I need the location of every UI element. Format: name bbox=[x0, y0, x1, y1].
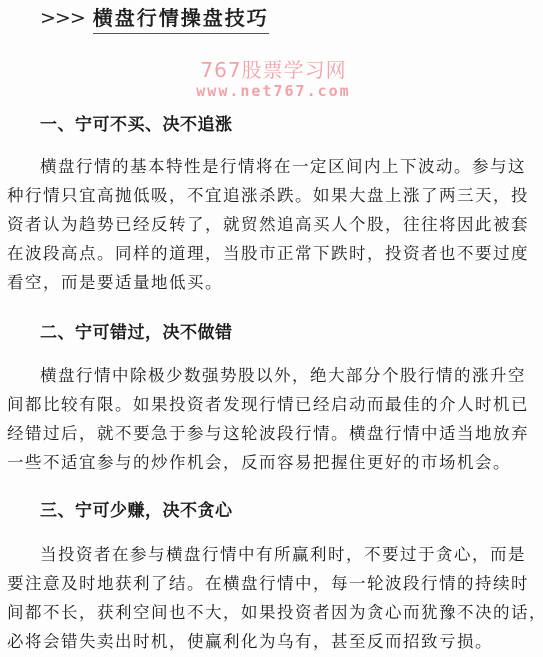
page-title: 横盘行情操盘技巧 bbox=[93, 2, 269, 34]
section-heading-3: 三、宁可少赚，决不贪心 bbox=[40, 496, 233, 521]
section-paragraph-1: 横盘行情的基本特性是行情将在一定区间内上下波动。参与这 种行情只宜高抛低吸，不宜… bbox=[7, 152, 537, 297]
paragraph-line: 间都比较有限。如果投资者发现行情已经启动而最佳的介人时机已 bbox=[7, 390, 537, 419]
paragraph-line: 要注意及时地获利了结。在横盘行情中，每一轮波段行情的持续时 bbox=[7, 569, 537, 598]
paragraph-line: 一些不适宜参与的炒作机会，反而容易把握住更好的市场机会。 bbox=[7, 448, 537, 477]
section-heading-2: 二、宁可错过，决不做错 bbox=[40, 318, 233, 343]
title-row: >>> 横盘行情操盘技巧 bbox=[40, 4, 269, 32]
paragraph-line: 在波段高点。同样的道理，当股市正常下跌时，投资者也不要过度 bbox=[7, 239, 537, 268]
paragraph-line: 经错过后，就不要急于参与这轮波段行情。横盘行情中适当地放弃 bbox=[7, 419, 537, 448]
paragraph-line: 必将会错失卖出时机，使赢利化为乌有，甚至反而招致亏损。 bbox=[7, 627, 537, 656]
paragraph-line: 横盘行情中除极少数强势股以外，绝大部分个股行情的涨升空 bbox=[7, 361, 537, 390]
document-page: >>> 横盘行情操盘技巧 767股票学习网 www.net767.com 一、宁… bbox=[0, 0, 543, 657]
paragraph-line: 资者认为趋势已经反转了，就贸然追高买人个股，往往将因此被套 bbox=[7, 210, 537, 239]
watermark-site-name: 767股票学习网 bbox=[2, 60, 543, 80]
paragraph-line: 间都不长，获利空间也不大，如果投资者因为贪心而犹豫不决的话， bbox=[7, 598, 537, 627]
paragraph-line: 看空，而是要适量地低买。 bbox=[7, 268, 537, 297]
paragraph-line: 种行情只宜高抛低吸，不宜追涨杀跌。如果大盘上涨了两三天，投 bbox=[7, 181, 537, 210]
section-heading-1: 一、宁可不买、决不追涨 bbox=[40, 110, 233, 135]
watermark-url: www.net767.com bbox=[2, 84, 543, 99]
paragraph-line: 当投资者在参与横盘行情中有所赢利时，不要过于贪心，而是 bbox=[7, 540, 537, 569]
title-chevrons-icon: >>> bbox=[40, 7, 85, 29]
section-paragraph-2: 横盘行情中除极少数强势股以外，绝大部分个股行情的涨升空 间都比较有限。如果投资者… bbox=[7, 361, 537, 477]
section-paragraph-3: 当投资者在参与横盘行情中有所赢利时，不要过于贪心，而是 要注意及时地获利了结。在… bbox=[7, 540, 537, 656]
paragraph-line: 横盘行情的基本特性是行情将在一定区间内上下波动。参与这 bbox=[7, 152, 537, 181]
